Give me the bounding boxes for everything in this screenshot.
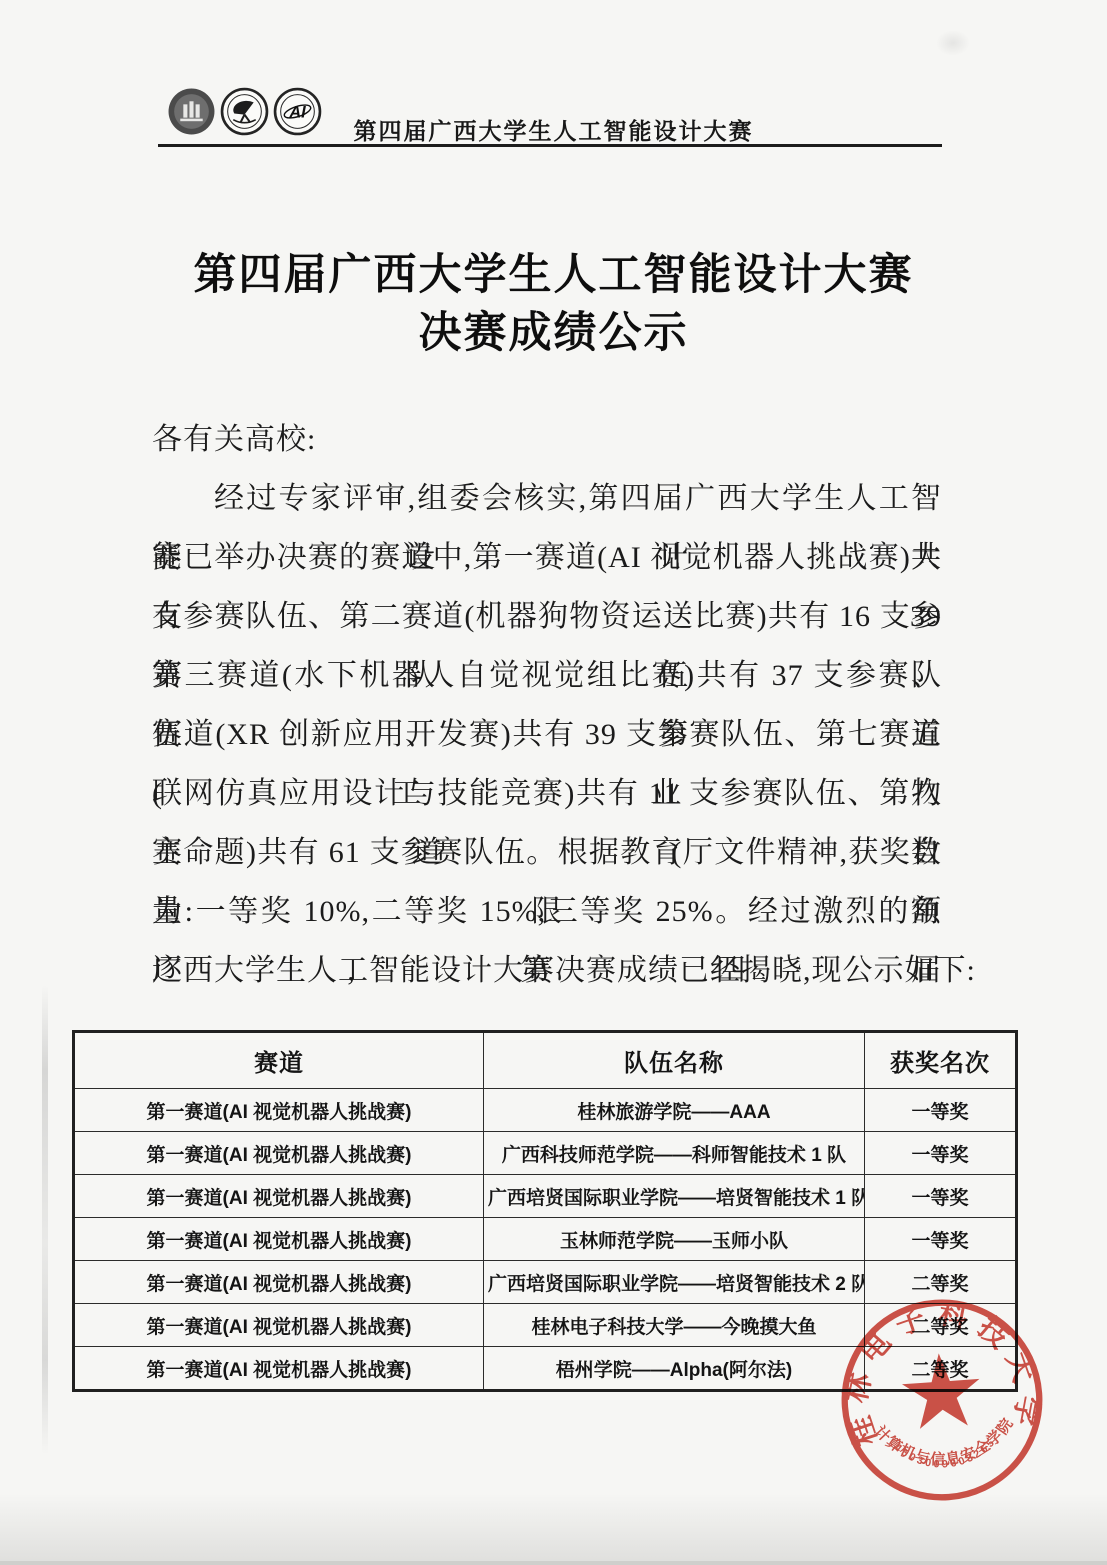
table-row: 第一赛道(AI 视觉机器人挑战赛) 广西培贤国际职业学院——培贤智能技术 1 队… [74,1175,1017,1218]
team-cell: 广西培贤国际职业学院——培贤智能技术 1 队 [484,1175,865,1218]
column-header-award: 获奖名次 [865,1032,1017,1089]
official-red-seal: 桂林电子科技大学 计算机与信息安全学院 4503009603265 [828,1286,1056,1514]
scan-artifact-smudge [936,30,970,56]
team-cell: 桂林旅游学院——AAA [484,1089,865,1132]
body-line: 经过专家评审,组委会核实,第四届广西大学生人工智能设计大 [152,469,942,528]
body-line: 第三赛道(水下机器人自觉视觉组比赛)共有 37 支参赛队伍、第五 [152,646,942,705]
scan-artifact-bottom-edge [0,1561,1107,1565]
scanned-document-page: AI 第四届广西大学生人工智能设计大赛 第四届广西大学生人工智能设计大赛 决赛成… [0,0,1107,1565]
award-cell: 一等奖 [865,1132,1017,1175]
table-header-row: 赛道 队伍名称 获奖名次 [74,1032,1017,1089]
body-line: 广西大学生人工智能设计大赛决赛成绩已经揭晓,现公示如下: [152,941,942,1000]
track-cell: 第一赛道(AI 视觉机器人挑战赛) [74,1304,484,1347]
body-line: 主命题)共有 61 支参赛队伍。根据教育厅文件精神,获奖数量限额 [152,823,942,882]
scan-artifact-left-edge [42,985,48,1455]
award-cell: 一等奖 [865,1218,1017,1261]
salutation: 各有关高校: [152,410,942,469]
body-line: 赛道(XR 创新应用开发赛)共有 39 支参赛队伍、第七赛道(工业物 [152,705,942,764]
body-line: 联网仿真应用设计与技能竞赛)共有 11 支参赛队伍、第八赛道(自 [152,764,942,823]
table-row: 第一赛道(AI 视觉机器人挑战赛) 桂林旅游学院——AAA 一等奖 [74,1089,1017,1132]
team-cell: 梧州学院——Alpha(阿尔法) [484,1347,865,1391]
award-cell: 一等奖 [865,1175,1017,1218]
letterhead-rule [158,144,942,147]
seal-star [900,1351,983,1430]
body-line: 赛已举办决赛的赛道中,第一赛道(AI 视觉机器人挑战赛)共有 39 [152,528,942,587]
award-cell: 一等奖 [865,1089,1017,1132]
column-header-track: 赛道 [74,1032,484,1089]
team-cell: 广西培贤国际职业学院——培贤智能技术 2 队 [484,1261,865,1304]
document-title-line2: 决赛成绩公示 [0,299,1107,360]
track-cell: 第一赛道(AI 视觉机器人挑战赛) [74,1261,484,1304]
team-cell: 桂林电子科技大学——今晚摸大鱼 [484,1304,865,1347]
letterhead-title: 第四届广西大学生人工智能设计大赛 [0,113,1107,146]
track-cell: 第一赛道(AI 视觉机器人挑战赛) [74,1175,484,1218]
column-header-team: 队伍名称 [484,1032,865,1089]
document-title-line1: 第四届广西大学生人工智能设计大赛 [0,241,1107,302]
body-line: 为:一等奖 10%,二等奖 15%,三等奖 25%。经过激烈的角逐,第四届 [152,882,942,941]
body-line: 支参赛队伍、第二赛道(机器狗物资运送比赛)共有 16 支参赛队伍、 [152,587,942,646]
body-text: 各有关高校: 经过专家评审,组委会核实,第四届广西大学生人工智能设计大 赛已举办… [152,410,942,1000]
team-cell: 广西科技师范学院——科师智能技术 1 队 [484,1132,865,1175]
table-row: 第一赛道(AI 视觉机器人挑战赛) 广西科技师范学院——科师智能技术 1 队 一… [74,1132,1017,1175]
track-cell: 第一赛道(AI 视觉机器人挑战赛) [74,1218,484,1261]
track-cell: 第一赛道(AI 视觉机器人挑战赛) [74,1347,484,1391]
table-row: 第一赛道(AI 视觉机器人挑战赛) 玉林师范学院——玉师小队 一等奖 [74,1218,1017,1261]
track-cell: 第一赛道(AI 视觉机器人挑战赛) [74,1132,484,1175]
team-cell: 玉林师范学院——玉师小队 [484,1218,865,1261]
track-cell: 第一赛道(AI 视觉机器人挑战赛) [74,1089,484,1132]
